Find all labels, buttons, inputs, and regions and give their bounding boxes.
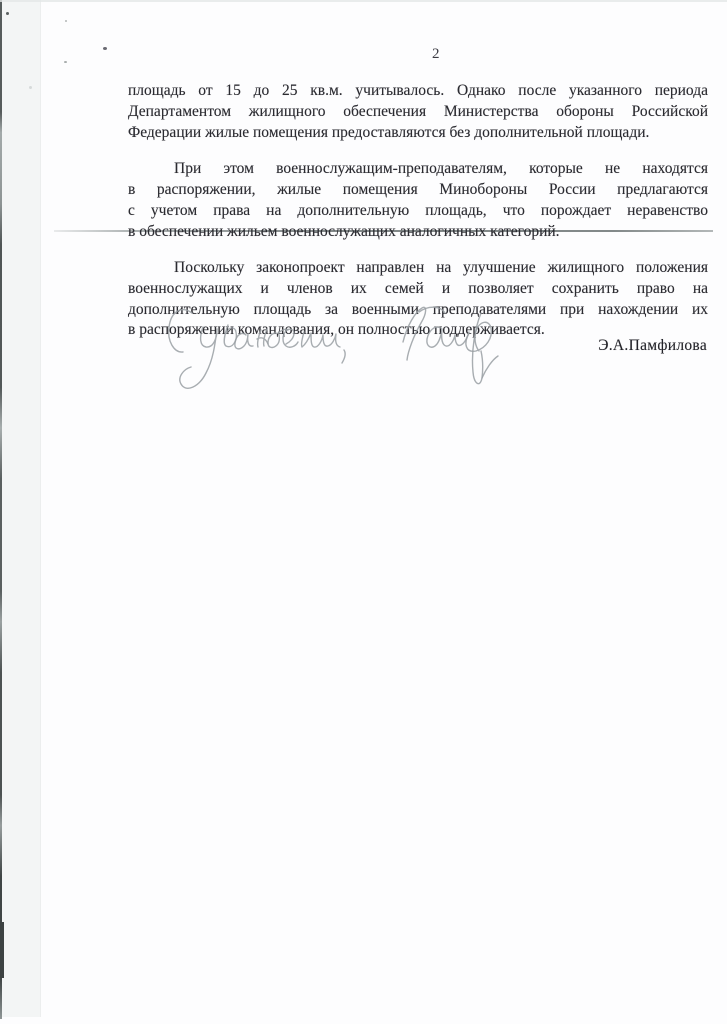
text-line: площадь от 15 до 25 кв.м. учитывалось. О… [128, 81, 708, 102]
text-line: Департаментом жилищного обеспечения Мини… [128, 102, 708, 123]
scanned-document-page: 2 площадь от 15 до 25 кв.м. учитывалось.… [0, 0, 727, 1024]
scan-speck [65, 20, 67, 22]
scan-left-edge-line [0, 0, 2, 1019]
text-line: При этом военнослужащим-преподавателям, … [128, 159, 708, 180]
signer-name: Э.А.Памфилова [598, 337, 707, 355]
scan-left-edge-mark [0, 922, 4, 978]
scan-speck [6, 12, 9, 15]
scan-speck [64, 61, 67, 63]
scan-speck [29, 86, 32, 89]
text-line: Поскольку законопроект направлен на улуч… [128, 258, 708, 279]
handwritten-closing [158, 300, 358, 415]
scan-speck [103, 47, 107, 50]
text-line: в обеспечении жильем военнослужащих анал… [128, 222, 708, 243]
scan-left-strip [2, 0, 41, 1017]
autograph-signature [383, 296, 523, 406]
page-number: 2 [432, 46, 440, 63]
text-line: в распоряжении, жилые помещения Миноборо… [128, 180, 708, 201]
scan-top-edge [0, 0, 727, 2]
text-line: Федерации жилые помещения предоставляютс… [128, 123, 708, 144]
text-line: с учетом права на дополнительную площадь… [128, 201, 708, 222]
